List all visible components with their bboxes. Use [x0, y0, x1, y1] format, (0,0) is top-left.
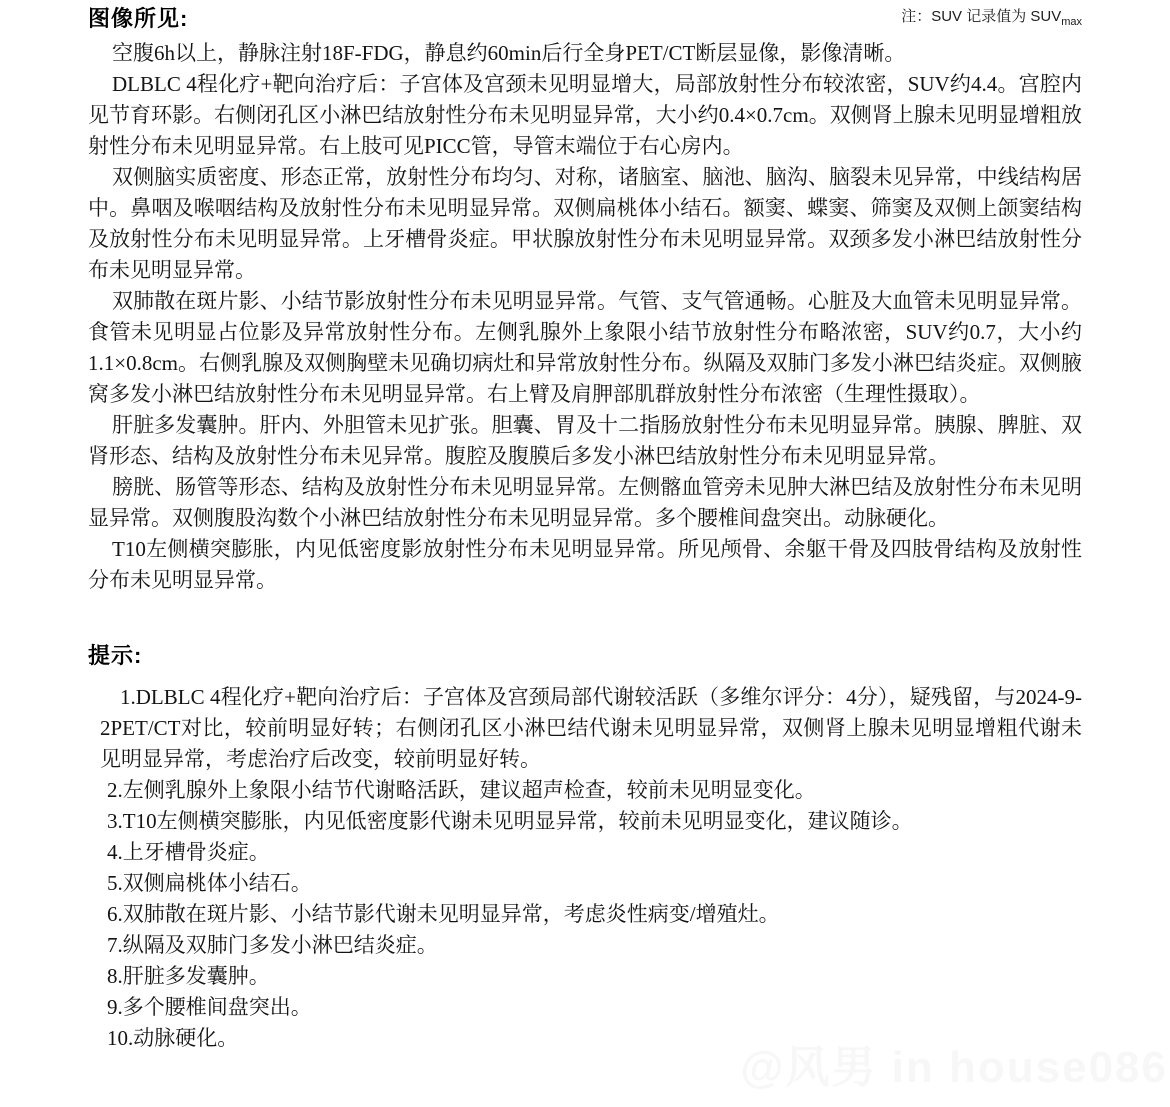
findings-section: 空腹6h以上，静脉注射18F-FDG，静息约60min后行全身PET/CT断层显…	[88, 38, 1082, 596]
pet-ct-report-page: 图像所见: 注：SUV 记录值为 SUVmax 空腹6h以上，静脉注射18F-F…	[0, 0, 1170, 1107]
tips-section: 1.DLBLC 4程化疗+靶向治疗后：子宫体及宫颈局部代谢较活跃（多维尔评分：4…	[88, 682, 1082, 1054]
suv-max-subscript: max	[1061, 16, 1082, 28]
findings-paragraph-pelvic-organs: 膀胱、肠管等形态、结构及放射性分布未见明显异常。左侧髂血管旁未见肿大淋巴结及放射…	[88, 472, 1082, 534]
findings-paragraph-head-neck: 双侧脑实质密度、形态正常，放射性分布均匀、对称，诸脑室、脑池、脑沟、脑裂未见异常…	[88, 162, 1082, 286]
suv-note: 注：SUV 记录值为 SUVmax	[901, 6, 1082, 27]
report-header: 图像所见: 注：SUV 记录值为 SUVmax	[88, 6, 1082, 32]
findings-paragraph-bones: T10左侧横突膨胀，内见低密度影放射性分布未见明显异常。所见颅骨、余躯干骨及四肢…	[88, 534, 1082, 596]
tip-item-7: 7.纵隔及双肺门多发小淋巴结炎症。	[100, 930, 1082, 961]
tip-item-4: 4.上牙槽骨炎症。	[100, 837, 1082, 868]
suv-note-text: 注：SUV 记录值为 SUV	[901, 8, 1061, 25]
findings-paragraph-chest: 双肺散在斑片影、小结节影放射性分布未见明显异常。气管、支气管通畅。心脏及大血管未…	[88, 286, 1082, 410]
tip-item-2: 2.左侧乳腺外上象限小结节代谢略活跃，建议超声检查，较前未见明显变化。	[100, 775, 1082, 806]
tip-item-10: 10.动脉硬化。	[100, 1023, 1082, 1054]
findings-paragraph-abdomen: 肝脏多发囊肿。肝内、外胆管未见扩张。胆囊、胃及十二指肠放射性分布未见明显异常。胰…	[88, 410, 1082, 472]
findings-heading: 图像所见:	[88, 6, 188, 32]
tips-heading: 提示:	[88, 643, 1082, 669]
tip-item-8: 8.肝脏多发囊肿。	[100, 961, 1082, 992]
tip-item-3: 3.T10左侧横突膨胀，内见低密度影代谢未见明显异常，较前未见明显变化，建议随诊…	[100, 806, 1082, 837]
tip-item-6: 6.双肺散在斑片影、小结节影代谢未见明显异常，考虑炎性病变/增殖灶。	[100, 899, 1082, 930]
findings-paragraph-pelvis: DLBLC 4程化疗+靶向治疗后：子宫体及宫颈未见明显增大，局部放射性分布较浓密…	[88, 69, 1082, 162]
tip-item-5: 5.双侧扁桃体小结石。	[100, 868, 1082, 899]
tip-item-9: 9.多个腰椎间盘突出。	[100, 992, 1082, 1023]
findings-paragraph-protocol: 空腹6h以上，静脉注射18F-FDG，静息约60min后行全身PET/CT断层显…	[88, 38, 1082, 69]
tip-item-1: 1.DLBLC 4程化疗+靶向治疗后：子宫体及宫颈局部代谢较活跃（多维尔评分：4…	[100, 682, 1082, 775]
